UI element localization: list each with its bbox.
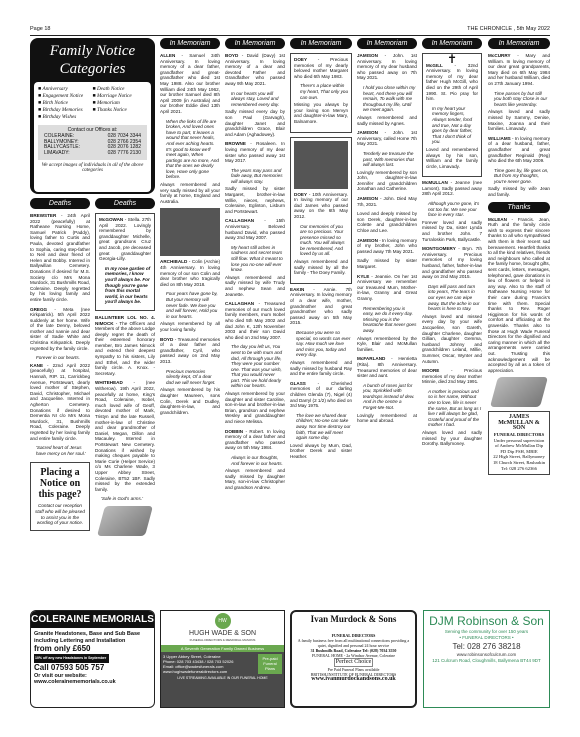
- memoriam-banner: In Memoriam: [422, 38, 482, 49]
- coleraine-memorials-ad: COLERAINE MEMORIALS Granite Headstones, …: [30, 610, 155, 708]
- memoriam-column-6: In Memoriam JAMISON - John. 1st Annivers…: [357, 38, 417, 428]
- category-item: Birth Notice: [38, 100, 93, 107]
- category-item: Engagement Notice: [38, 93, 93, 100]
- deaths-column-1: Deaths BREWSTER - 24th April 2022 (peace…: [30, 198, 90, 531]
- memoriam-column-5: In Memoriam DOEY - Precious memories of …: [290, 38, 352, 463]
- category-item: Birthday Wishes: [38, 114, 93, 121]
- memoriam-banner: In Memoriam: [357, 38, 417, 49]
- bible-icon: [97, 506, 153, 536]
- category-item: Birthday Memories: [38, 107, 93, 114]
- placing-text: Contact our reception staff who will be …: [35, 503, 85, 525]
- office-name: LIMAVADY:: [44, 151, 70, 157]
- category-item: Anniversary: [38, 86, 93, 93]
- verse: Forever in our hearts.: [30, 355, 90, 361]
- offices-box: Contact our Offices at: COLERAINE:028 70…: [38, 125, 147, 160]
- verse: Precious memories silently kept, Of a de…: [160, 369, 220, 386]
- memoriam-column-3: In Memoriam ALLEN - Samuel 34th Annivers…: [160, 38, 220, 419]
- deaths-banner: Deaths: [30, 198, 90, 209]
- notice-tail: Always remembered by all your loving fam…: [160, 321, 220, 332]
- memoriam-column-4: In Memoriam BOYD - David (Davy) 1st Anni…: [225, 38, 285, 495]
- memoriam-banner: In Memoriam: [225, 38, 285, 49]
- categories-list: Anniversary Death Notice Engagement Noti…: [38, 86, 147, 121]
- photo: [160, 208, 220, 256]
- hugh-wade-ad: HW HUGH WADE & SON FUNERAL DIRECTORS & M…: [160, 610, 285, 708]
- djm-robinson-ad: DJM Robinson & Son Serving the community…: [423, 610, 550, 708]
- category-item: Memoriam: [93, 100, 148, 107]
- notice: GREGG - Meta (nee Kirkpatrick). 5th Apri…: [30, 307, 90, 352]
- notice: WHITEHEAD - (nee Witherow). 19th April 2…: [95, 380, 155, 492]
- notice-box: DOEY - Precious memories of my dearly be…: [290, 53, 352, 133]
- thanks-banner: Thanks: [488, 202, 550, 213]
- photo: [294, 141, 348, 189]
- verse: When the links of life are broken, And l…: [160, 119, 220, 181]
- verse: In my rose garden of memories, I know yo…: [99, 266, 151, 305]
- memoriam-banner: In Memoriam: [160, 38, 220, 49]
- notice-tail: Always remembered by his daughter Mauree…: [160, 387, 220, 415]
- memoriam-column-8: In Memoriam McCURRY - Mary and William. …: [488, 38, 550, 475]
- page-number: Page 18: [30, 26, 51, 35]
- categories-title: Family Notice Categories: [34, 42, 151, 78]
- notice-box: ✝McGILL - 32nd Anniversary. In loving me…: [422, 53, 482, 177]
- bible-icon: [490, 377, 548, 407]
- category-item: Death Notice: [93, 86, 148, 93]
- paper-title: THE CHRONICLE , 5th May 2022: [467, 26, 550, 35]
- verse: Four years have gone by, But your memory…: [160, 291, 220, 319]
- notice: KANE - 22nd April 2022 (peacefully) at h…: [30, 363, 90, 441]
- category-item: Marriage Notice: [93, 93, 148, 100]
- deaths-banner: Deaths: [95, 198, 155, 209]
- accept-note: We accept images of individuals in all o…: [38, 163, 147, 173]
- verse: 'Safe in God's arms.': [95, 496, 155, 502]
- page-header: Page 18 THE CHRONICLE , 5th May 2022: [30, 26, 550, 36]
- deaths-column-2: Deaths McGOWAN - Stella. 27th April 2022…: [95, 198, 155, 540]
- categories-box: Family Notice Categories Anniversary Dea…: [30, 38, 155, 194]
- notice-box: DOEY - 10th Anniversary. In loving memor…: [290, 137, 352, 284]
- notice: BALLINTEER LOL NO. 4. NIMOCK - The Offic…: [95, 315, 155, 377]
- placing-notice-box: Placing a Notice on this page? Contact o…: [30, 462, 90, 530]
- mcmullan-ad: JAMES McMULLAN & SON FUNERAL DIRECTORS U…: [488, 411, 550, 475]
- ivan-murdock-ad: Ivan Murdock & Sons FUNERAL DIRECTORS A …: [290, 610, 417, 708]
- notice: BREWSTER - 24th April 2022 (peacefully) …: [30, 213, 90, 303]
- placing-title: Placing a Notice on this page?: [35, 467, 85, 500]
- category-item: Thanks Notice: [93, 107, 148, 114]
- memoriam-banner: In Memoriam: [488, 38, 550, 49]
- memoriam-banner: In Memoriam: [290, 38, 352, 49]
- memoriam-column-7: In Memoriam ✝McGILL - 32nd Anniversary. …: [422, 38, 482, 451]
- notice-box: McGOWAN - Stella. 27th April 2022. Lovin…: [95, 213, 155, 311]
- verse: 'Sacred heart of Jesus have mercy on her…: [30, 445, 90, 456]
- notice-tail: Always remembered and very sadly missed …: [160, 182, 220, 204]
- office-phone: 028 7776 2130: [108, 151, 141, 157]
